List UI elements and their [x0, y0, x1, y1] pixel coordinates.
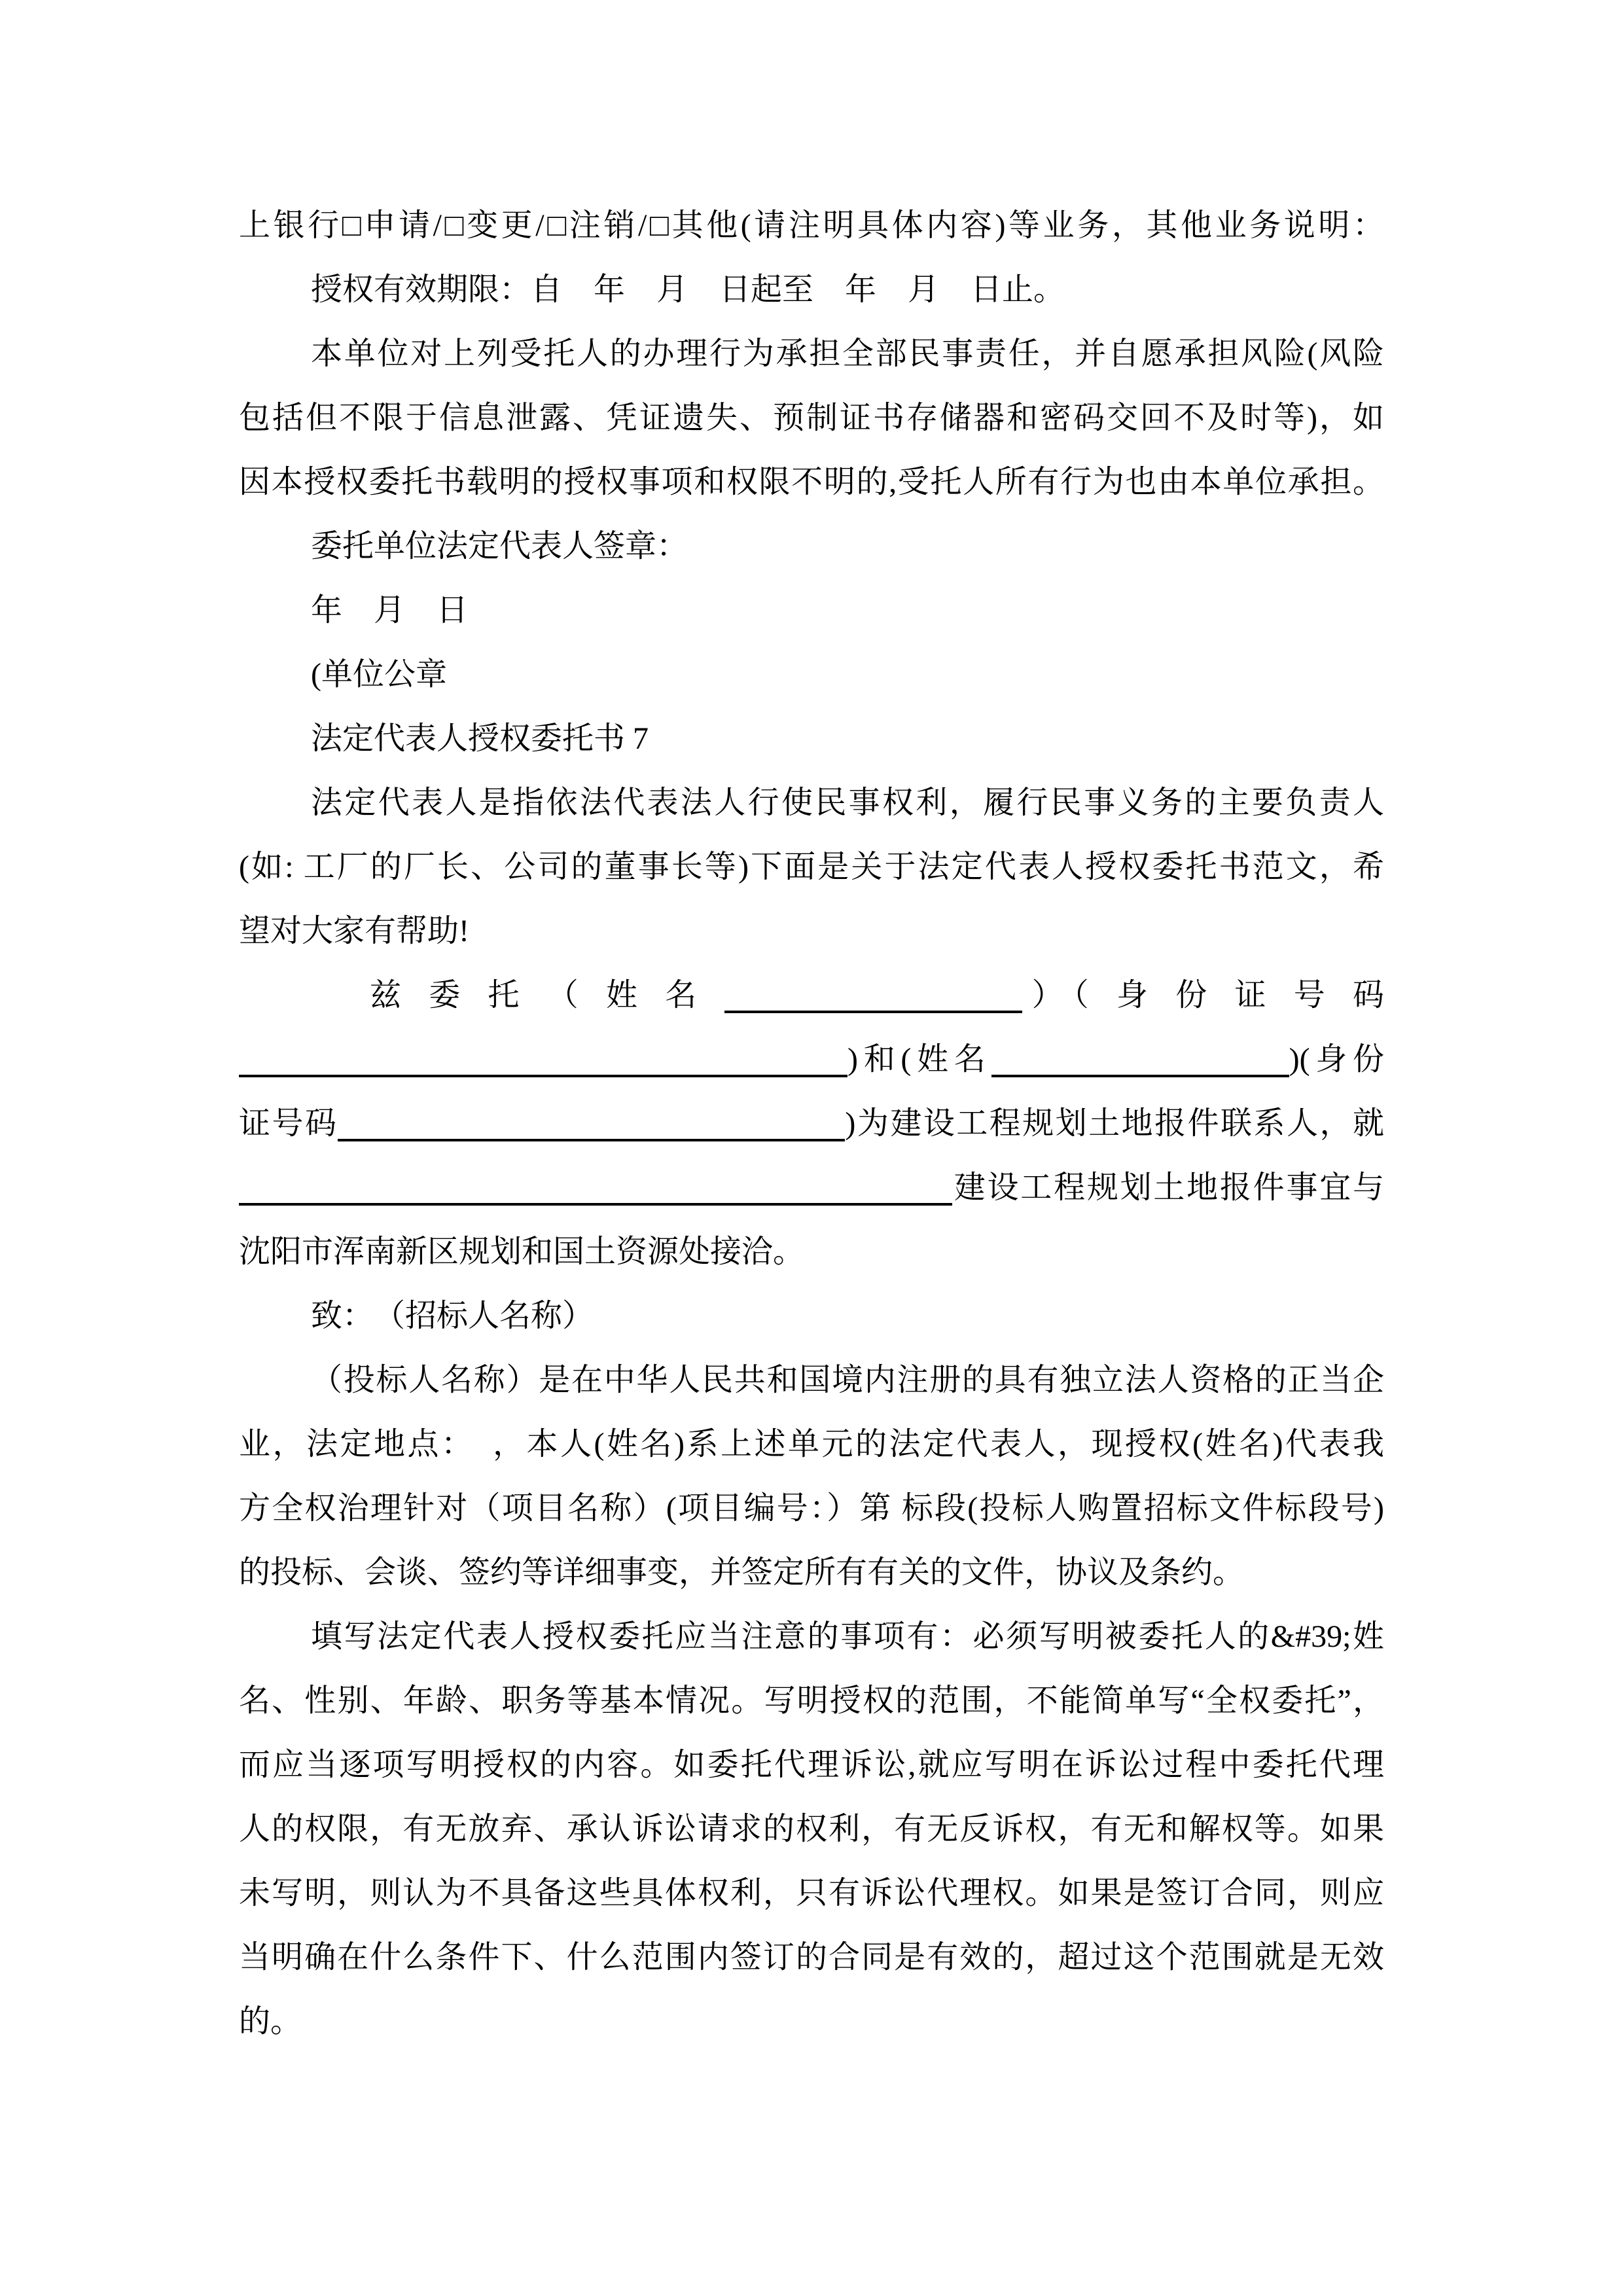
document-line: 因本授权委托书载明的授权事项和权限不明的,受托人所有行为也由本单位承担。	[239, 450, 1384, 514]
document-line: 委托单位法定代表人签章：	[239, 514, 1384, 579]
text-run: 业，法定地点： ，本人(姓名)系上述单元的法定代表人，现授权(姓名)代表我	[239, 1427, 1384, 1462]
text-run: （投标人名称）是在中华人民共和国境内注册的具有独立法人资格的正当企	[311, 1363, 1384, 1397]
document-line: 未写明，则认为不具备这些具体权利，只有诉讼代理权。如果是签订合同，则应	[239, 1861, 1384, 1926]
document-line: 沈阳市浑南新区规划和国土资源处接洽。	[239, 1220, 1384, 1284]
text-run: 因本授权委托书载明的授权事项和权限不明的,受托人所有行为也由本单位承担。	[239, 465, 1384, 499]
text-run: 兹 委 托 （ 姓 名	[370, 978, 724, 1013]
text-run: 填写法定代表人授权委托应当注意的事项有：必须写明被委托人的&#39;姓	[311, 1619, 1384, 1654]
document-line: 的。	[239, 1990, 1384, 2054]
text-run: 建设工程规划土地报件事宜与	[952, 1170, 1384, 1205]
document-line: 填写法定代表人授权委托应当注意的事项有：必须写明被委托人的&#39;姓	[239, 1605, 1384, 1669]
document-line: (如: 工厂的厂长、公司的董事长等)下面是关于法定代表人授权委托书范文，希	[239, 835, 1384, 899]
document-line: 证号码)为建设工程规划土地报件联系人，就	[239, 1092, 1384, 1156]
text-run: 沈阳市浑南新区规划和国土资源处接洽。	[239, 1234, 804, 1269]
text-run: )为建设工程规划土地报件联系人，就	[845, 1106, 1384, 1141]
text-run: ）（ 身 份 证 号 码	[1022, 978, 1385, 1013]
document-line: 望对大家有帮助!	[239, 899, 1384, 963]
fill-in-blank	[239, 1074, 847, 1077]
text-run: 上银行□申请/□变更/□注销/□其他(请注明具体内容)等业务，其他业务说明：	[239, 208, 1384, 243]
text-run: 委托单位法定代表人签章：	[311, 529, 688, 564]
text-run: 人的权限，有无放弃、承认诉讼请求的权利，有无反诉权，有无和解权等。如果	[239, 1812, 1384, 1846]
document-line: （投标人名称）是在中华人民共和国境内注册的具有独立法人资格的正当企	[239, 1348, 1384, 1412]
text-run: 方全权治理针对（项目名称）(项目编号：）第 标段(投标人购置招标文件标段号)	[239, 1491, 1384, 1526]
document-line: 致： （招标人名称）	[239, 1284, 1384, 1348]
text-run: 法定代表人是指依法代表法人行使民事权利，履行民事义务的主要负责人	[311, 785, 1384, 820]
fill-in-blank	[991, 1074, 1289, 1077]
document-line: 方全权治理针对（项目名称）(项目编号：）第 标段(投标人购置招标文件标段号)	[239, 1477, 1384, 1541]
fill-in-blank	[724, 1010, 1022, 1013]
text-run: 而应当逐项写明授权的内容。如委托代理诉讼,就应写明在诉讼过程中委托代理	[239, 1748, 1384, 1782]
text-run: 证号码	[239, 1106, 338, 1141]
text-run: 名、性别、年龄、职务等基本情况。写明授权的范围，不能简单写“全权委托”，	[239, 1683, 1384, 1718]
document-line: 兹 委 托 （ 姓 名 ）（ 身 份 证 号 码	[239, 963, 1384, 1028]
document-line: (单位公章	[239, 643, 1384, 707]
document-page: 上银行□申请/□变更/□注销/□其他(请注明具体内容)等业务，其他业务说明：授权…	[0, 0, 1623, 2296]
document-line: 上银行□申请/□变更/□注销/□其他(请注明具体内容)等业务，其他业务说明：	[239, 194, 1384, 258]
text-run: 包括但不限于信息泄露、凭证遗失、预制证书存储器和密码交回不及时等)，如	[239, 401, 1384, 435]
text-run: 的。	[239, 2004, 302, 2039]
text-run: 致： （招标人名称）	[311, 1299, 594, 1333]
document-line: 法定代表人是指依法代表法人行使民事权利，履行民事义务的主要负责人	[239, 771, 1384, 835]
fill-in-blank	[338, 1138, 845, 1141]
text-run: 本单位对上列受托人的办理行为承担全部民事责任，并自愿承担风险(风险	[311, 336, 1384, 371]
text-run: )(身份	[1289, 1042, 1384, 1077]
document-line: 的投标、会谈、签约等详细事变，并签定所有有关的文件，协议及条约。	[239, 1541, 1384, 1605]
text-run: 年 月 日	[311, 593, 468, 628]
text-run: 授权有效期限：自 年 月 日起至 年 月 日止。	[311, 272, 1065, 307]
document-line: 当明确在什么条件下、什么范围内签订的合同是有效的，超过这个范围就是无效	[239, 1926, 1384, 1990]
text-run: (如: 工厂的厂长、公司的董事长等)下面是关于法定代表人授权委托书范文，希	[239, 850, 1384, 884]
document-line: 而应当逐项写明授权的内容。如委托代理诉讼,就应写明在诉讼过程中委托代理	[239, 1733, 1384, 1797]
document-line: 授权有效期限：自 年 月 日起至 年 月 日止。	[239, 258, 1384, 322]
text-run: (单位公章	[311, 657, 447, 692]
document-line: )和(姓名)(身份	[239, 1028, 1384, 1092]
document-line: 业，法定地点： ，本人(姓名)系上述单元的法定代表人，现授权(姓名)代表我	[239, 1412, 1384, 1477]
document-text: 上银行□申请/□变更/□注销/□其他(请注明具体内容)等业务，其他业务说明：授权…	[239, 194, 1384, 2054]
fill-in-blank	[239, 1202, 952, 1206]
document-line: 名、性别、年龄、职务等基本情况。写明授权的范围，不能简单写“全权委托”，	[239, 1669, 1384, 1733]
document-line: 年 月 日	[239, 579, 1384, 643]
text-run: 当明确在什么条件下、什么范围内签订的合同是有效的，超过这个范围就是无效	[239, 1940, 1384, 1975]
document-line: 建设工程规划土地报件事宜与	[239, 1156, 1384, 1220]
text-run: 的投标、会谈、签约等详细事变，并签定所有有关的文件，协议及条约。	[239, 1555, 1244, 1590]
text-run: 法定代表人授权委托书 7	[311, 721, 649, 756]
document-line: 法定代表人授权委托书 7	[239, 707, 1384, 771]
document-line: 本单位对上列受托人的办理行为承担全部民事责任，并自愿承担风险(风险	[239, 322, 1384, 386]
text-run: )和(姓名	[847, 1042, 991, 1077]
document-line: 包括但不限于信息泄露、凭证遗失、预制证书存储器和密码交回不及时等)，如	[239, 386, 1384, 450]
text-run: 望对大家有帮助!	[239, 914, 469, 948]
document-line: 人的权限，有无放弃、承认诉讼请求的权利，有无反诉权，有无和解权等。如果	[239, 1797, 1384, 1861]
text-run: 未写明，则认为不具备这些具体权利，只有诉讼代理权。如果是签订合同，则应	[239, 1876, 1384, 1910]
